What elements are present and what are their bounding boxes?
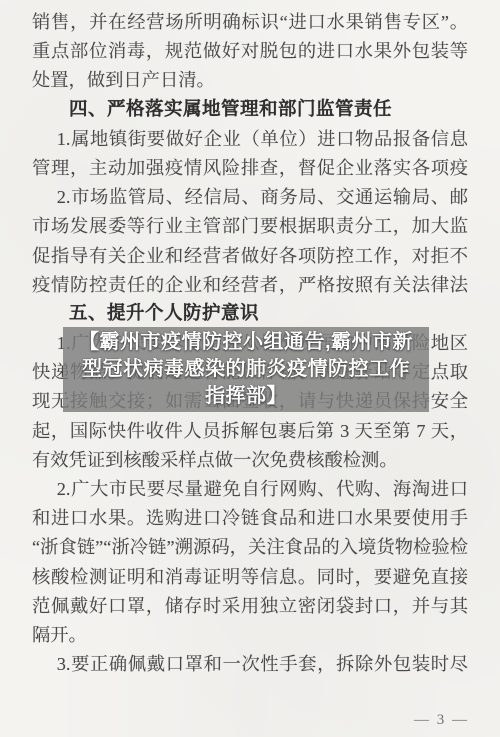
page-number: — 3 — xyxy=(414,712,469,729)
text-line: 隔开。 xyxy=(32,621,468,650)
text-line: 管理，主动加强疫情风险排查，督促企业落实各项疫情防控措施。 xyxy=(32,154,468,183)
watermark-text-line-2: 型冠状病毒感染的肺炎疫情防控工作 xyxy=(82,356,410,383)
text-line: 和进口水果。选购进口冷链食品和进口水果要使用手机扫一扫 xyxy=(32,504,468,533)
text-line: 疫情防控责任的企业和经营者，严格按照有关法律法规予以处罚。 xyxy=(32,271,468,300)
text-line: 重点部位消毒，规范做好对脱包的进口水果外包装等垃圾的消毒 xyxy=(32,37,468,66)
text-line: 2.市场监管局、经信局、商务局、交通运输局、邮政管理局、 xyxy=(32,183,468,212)
text-line: 2.广大市民要尽量避免自行网购、代购、海淘进口冷链食品 xyxy=(32,475,468,504)
watermark-text-line-3: 指挥部】 xyxy=(205,383,287,410)
text-line: 核酸检测证明和消毒证明等信息。同时，要避免直接接触，并规 xyxy=(32,563,468,592)
text-line: 范佩戴好口罩，储存时采用独立密闭袋封口，并与其他物品相对 xyxy=(32,592,468,621)
text-line: 销售，并在经营场所明确标识“进口水果销售专区”。定期开展 xyxy=(32,8,468,37)
text-line: 有效凭证到核酸采样点做一次免费核酸检测。 xyxy=(32,446,468,475)
text-line: 促指导有关企业和经营者做好各项防控工作，对拒不按规定履行 xyxy=(32,242,468,271)
text-line: 3.要正确佩戴口罩和一次性手套，拆除外包装时尽量在户外 xyxy=(32,650,468,679)
text-line: 1.属地镇街要做好企业（单位）进口物品报备信息的收集和 xyxy=(32,125,468,154)
section-heading: 四、严格落实属地管理和部门监管责任 xyxy=(32,96,468,125)
scanned-document-page: 销售，并在经营场所明确标识“进口水果销售专区”。定期开展重点部位消毒，规范做好对… xyxy=(0,0,500,737)
text-line: “浙食链”“浙冷链”溯源码，关注食品的入境货物检验检疫证明、 xyxy=(32,533,468,562)
text-line: 处置，做到日产日清。 xyxy=(32,66,468,95)
section-heading: 五、提升个人防护意识 xyxy=(32,300,468,329)
watermark-overlay: 【霸州市疫情防控小组通告,霸州市新 型冠状病毒感染的肺炎疫情防控工作 指挥部】 xyxy=(63,327,429,412)
text-line: 市场发展委等行业主管部门要根据职责分工，加大监管力度，督 xyxy=(32,212,468,241)
text-line: 起，国际快件收件人员拆解包裹后第 3 天至第 7 天，凭收件单等 xyxy=(32,417,468,446)
watermark-text-line-1: 【霸州市疫情防控小组通告,霸州市新 xyxy=(79,329,413,356)
